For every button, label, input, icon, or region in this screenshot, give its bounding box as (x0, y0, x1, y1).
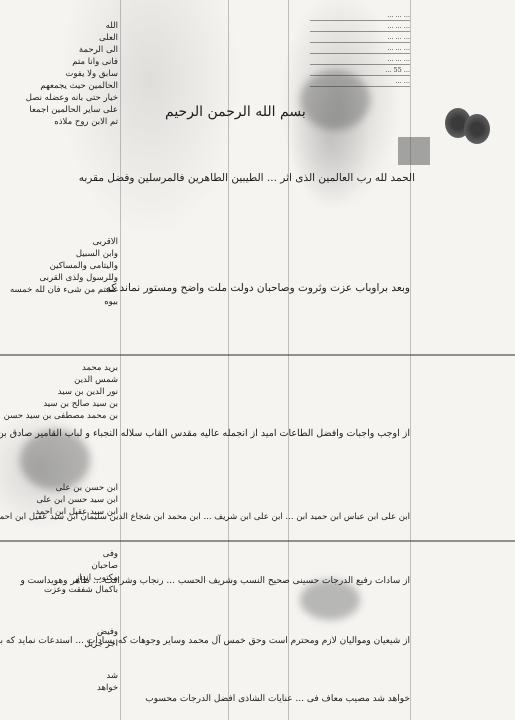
seal-icon (464, 114, 490, 144)
invocation: بسم الله الرحمن الرحيم (165, 104, 306, 120)
body-line-7: خواهد شد مصیب معاف فی ... عنایات الشاذی … (145, 694, 410, 704)
fold-line (0, 354, 515, 356)
margin-block-mid: الاقربی وابن السبیل والیتامی والمساکین و… (18, 236, 118, 308)
body-line-1: الحمد لله رب العالمين الذی اثر ... الطیب… (79, 172, 415, 184)
margin-block-bottom: وفی صاحبان مکتوب انداز باکمال شفقت وعزت … (18, 548, 118, 694)
stain (300, 580, 360, 620)
fold-line (120, 0, 121, 720)
body-line-2: وبعد براوباب عزت وثروت وصاحبان دولت ملت … (106, 282, 410, 294)
stain (20, 430, 90, 490)
square-seal-icon (398, 137, 430, 165)
margin-block-names: برید محمد شمس الدین نور الدین بن سید بن … (18, 362, 118, 422)
body-line-3: از اوجب واجبات وافضل الطاعات امید از انج… (0, 428, 410, 439)
marginal-notes: ... ... ... ... ... ... ... ... ... ... … (310, 10, 410, 87)
fold-line (410, 0, 411, 720)
fold-line (0, 540, 515, 542)
margin-block-top: الله العلی الی الرحمة فانی وانا متم سابق… (18, 20, 118, 128)
margin-block-lower: ابن حسن بن علی ابن سید حسن ابن علی ابن س… (18, 482, 118, 518)
manuscript-page: ... ... ... ... ... ... ... ... ... ... … (0, 0, 515, 720)
